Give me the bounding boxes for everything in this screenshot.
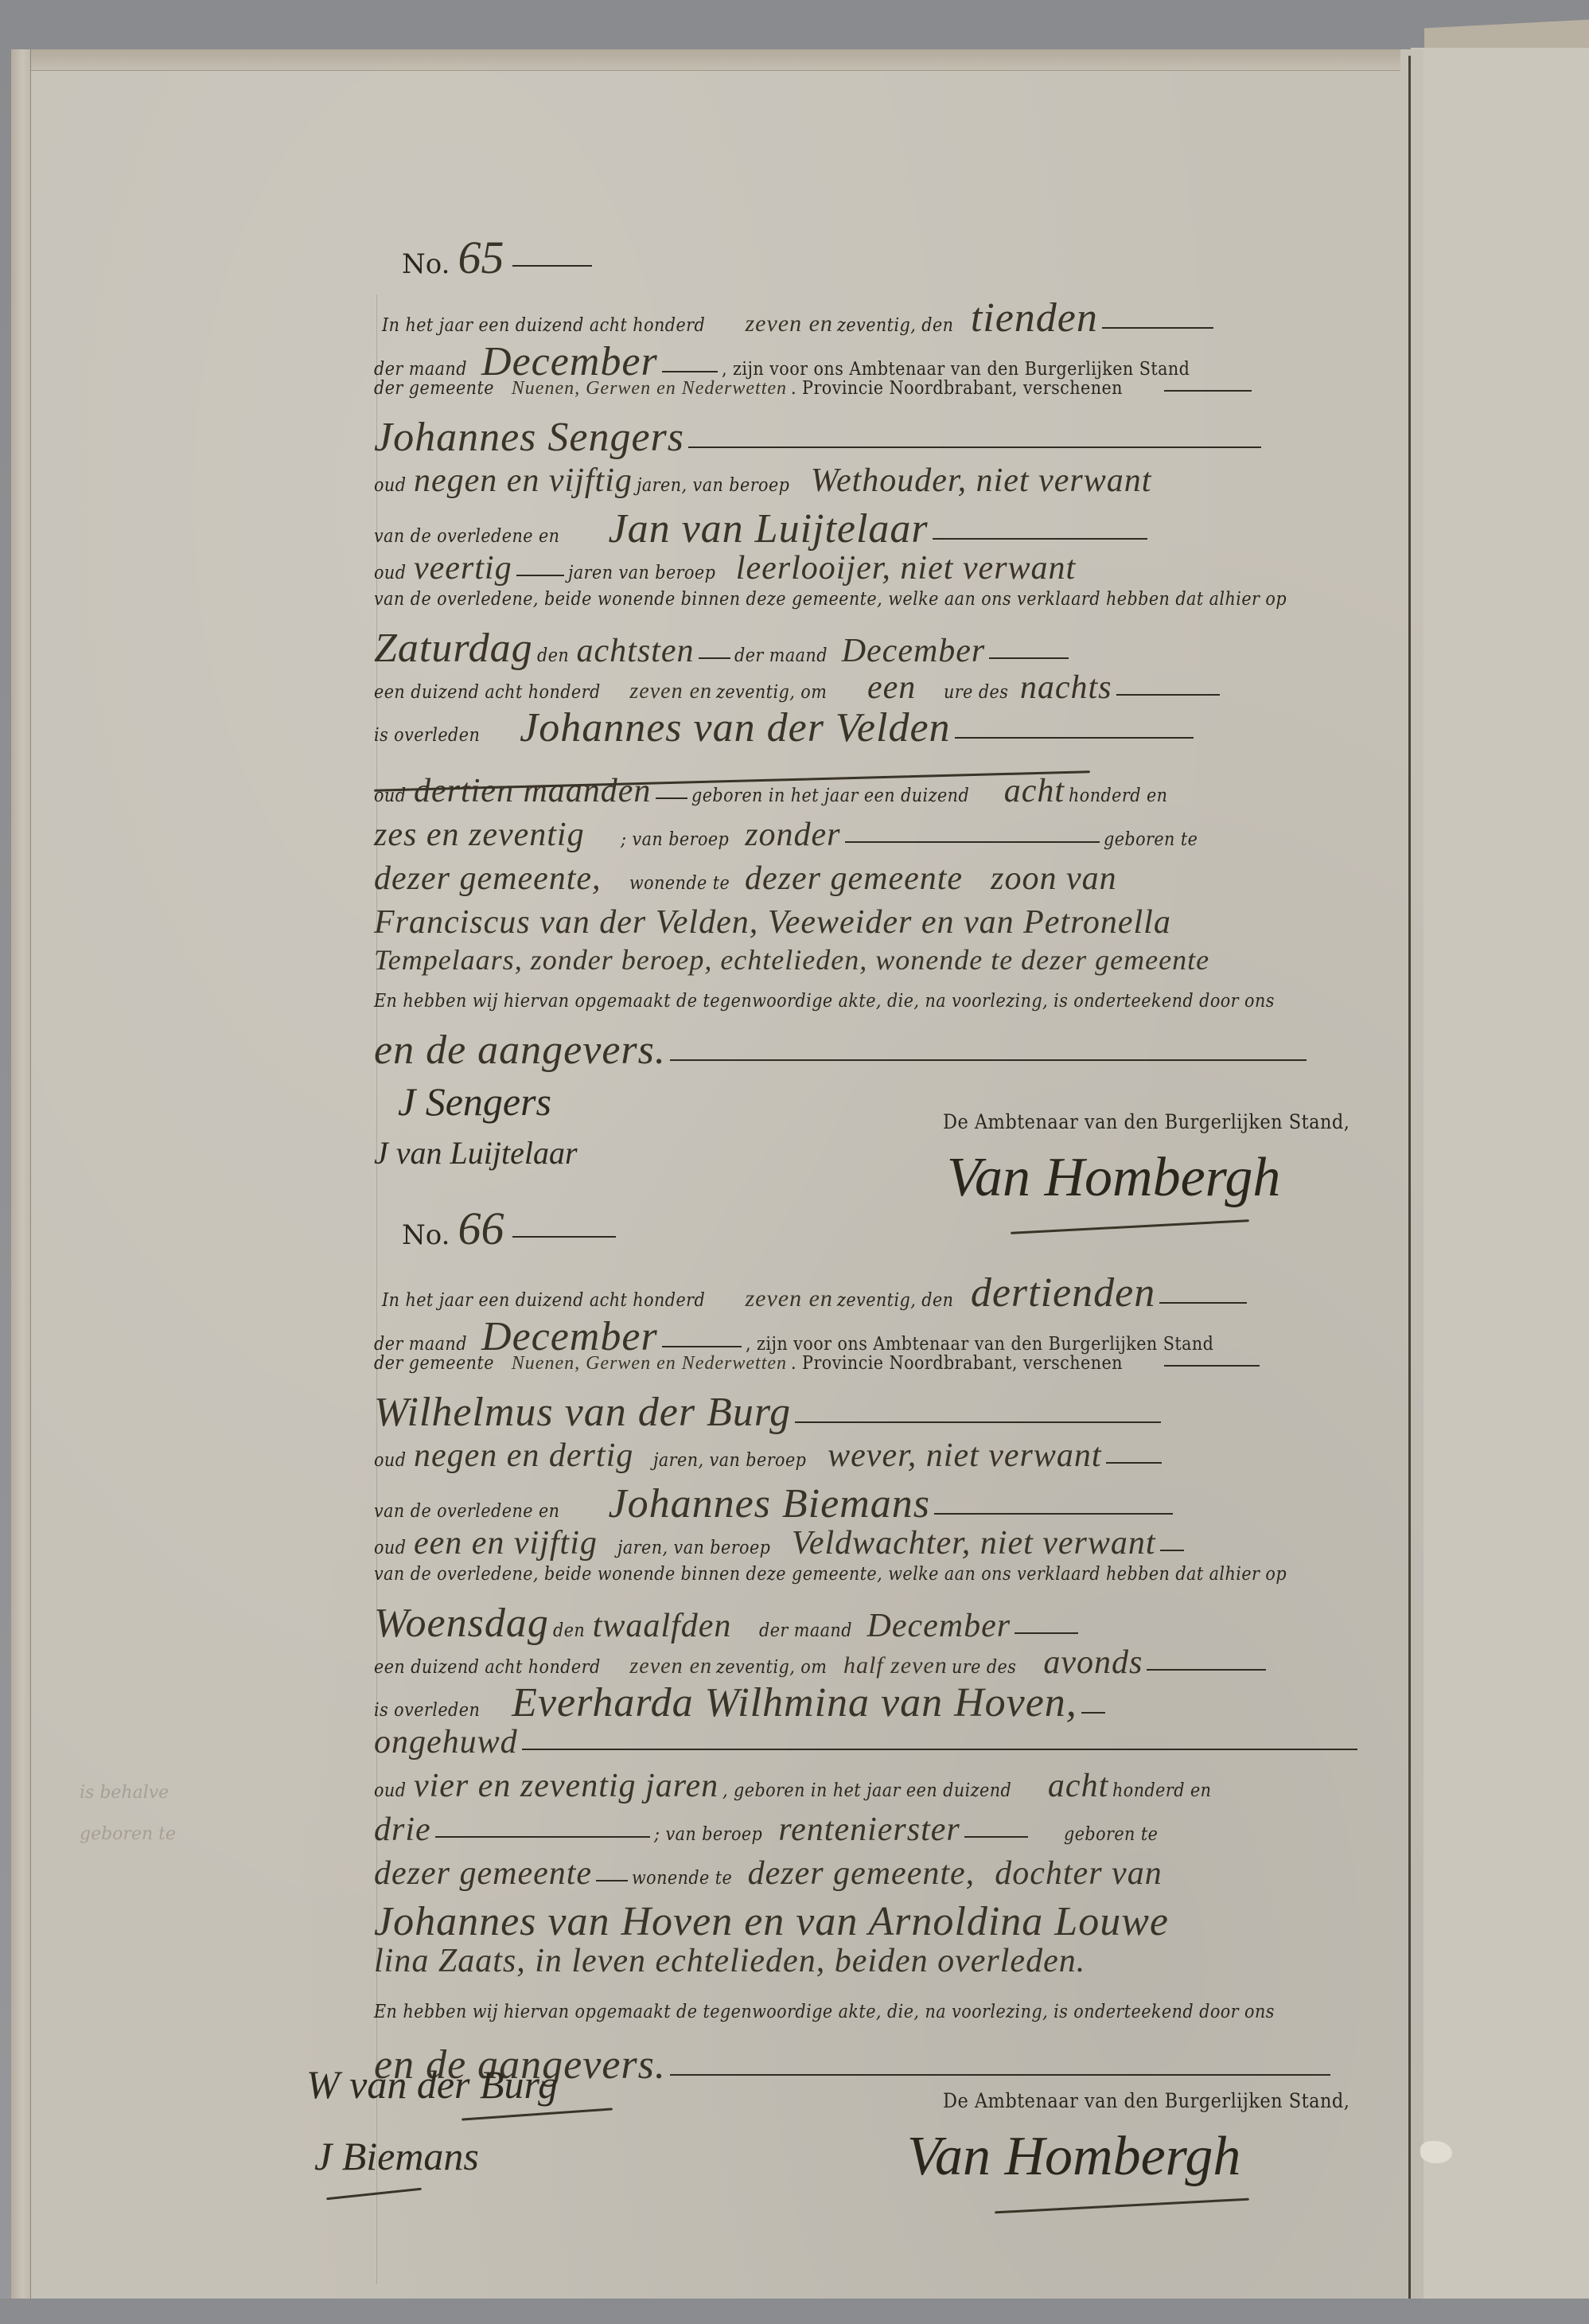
act-number: No.65 (402, 231, 592, 284)
act-line: dezer gemeente wonende te dezer gemeente… (374, 1854, 1400, 1902)
act-line: oud negen en dertig jaren, van beroep we… (374, 1437, 1400, 1484)
blank-line (1164, 390, 1252, 392)
blank-line (1102, 327, 1213, 329)
blank-line (512, 265, 592, 267)
facing-page (1411, 48, 1589, 2304)
signature-declarant1: W van der Burg (306, 2061, 558, 2108)
blank-line (670, 2074, 1330, 2076)
blank-line (933, 538, 1147, 540)
blank-line (688, 446, 1261, 448)
blank-line (1147, 1669, 1266, 1671)
act-line: oud dertien maanden geboren in het jaar … (374, 772, 1400, 820)
act-line: Johannes Sengers (374, 414, 1400, 462)
blank-line (1015, 1632, 1078, 1634)
blank-line (435, 1836, 650, 1838)
act-line: In het jaar een duizend acht honderd zev… (374, 294, 1400, 342)
scan-bottom-band (0, 2299, 1589, 2324)
act-line: In het jaar een duizend acht honderd zev… (374, 1269, 1400, 1317)
act-line: Tempelaars, zonder beroep, echtelieden, … (374, 943, 1400, 991)
page-top-edge (24, 49, 1400, 71)
signature-declarant2: J Biemans (314, 2133, 479, 2179)
blank-line (699, 657, 730, 659)
blank-line (955, 737, 1194, 739)
act-line: oud negen en vijftig jaren, van beroep W… (374, 462, 1400, 509)
act-line: dezer gemeente, wonende te dezer gemeent… (374, 860, 1400, 907)
act-line: en de aangevers. (374, 1027, 1400, 1074)
bleed-through-text: geboren te (80, 1824, 176, 1844)
act-line: is overleden Everharda Wilhmina van Hove… (374, 1679, 1400, 1727)
signature-official: Van Hombergh (907, 2125, 1240, 2189)
blank-line (516, 575, 564, 576)
act-line: drie ; van beroep rentenierster geboren … (374, 1811, 1400, 1858)
blank-line (1164, 1365, 1260, 1367)
blank-line (656, 797, 687, 799)
blank-line (662, 1346, 742, 1347)
blank-line (795, 1421, 1161, 1423)
blank-line (596, 1880, 628, 1881)
act-line: ongehuwd (374, 1723, 1400, 1771)
act-line: van de overledene en Jan van Luijtelaar (374, 505, 1400, 553)
blank-line (845, 841, 1100, 843)
blank-line (512, 1236, 616, 1238)
blank-line (934, 1513, 1173, 1515)
official-caption: De Ambtenaar van den Burgerlijken Stand, (943, 2089, 1349, 2112)
official-caption: De Ambtenaar van den Burgerlijken Stand, (943, 1110, 1349, 1133)
signature-declarant2: J van Luijtelaar (374, 1134, 578, 1172)
book-gutter (1408, 56, 1411, 2300)
blank-line (1106, 1462, 1162, 1464)
blank-line (522, 1749, 1357, 1750)
act-line: zes en zeventig ; van beroep zonder gebo… (374, 816, 1400, 864)
torn-paper-fragment (1420, 2141, 1452, 2163)
blank-line (989, 657, 1069, 659)
act-line: Zaturdag den achtsten der maand December (374, 625, 1400, 673)
blank-line (964, 1836, 1028, 1838)
signature-official: Van Hombergh (947, 1146, 1280, 1210)
blank-line (1081, 1712, 1105, 1714)
act-line: Woensdag den twaalfden der maand Decembe… (374, 1600, 1400, 1647)
act-line: van de overledene en Johannes Biemans (374, 1480, 1400, 1528)
act-line: oud vier en zeventig jaren , geboren in … (374, 1767, 1400, 1815)
bleed-through-text: is behalve (80, 1783, 169, 1803)
blank-line (1160, 1550, 1184, 1551)
blank-line (670, 1059, 1307, 1061)
page-left-edge (11, 49, 31, 2302)
act-number: No.66 (402, 1202, 616, 1255)
blank-line (1116, 694, 1220, 696)
blank-line (662, 371, 718, 372)
act-line: Wilhelmus van der Burg (374, 1389, 1400, 1437)
signature-declarant1: J Sengers (398, 1078, 551, 1125)
act-line: is overleden Johannes van der Velden (374, 704, 1400, 752)
act-line: Johannes van Hoven en van Arnoldina Louw… (374, 1898, 1400, 1946)
blank-line (1159, 1302, 1247, 1304)
act-line: lina Zaats, in leven echtelieden, beiden… (374, 1942, 1400, 1990)
